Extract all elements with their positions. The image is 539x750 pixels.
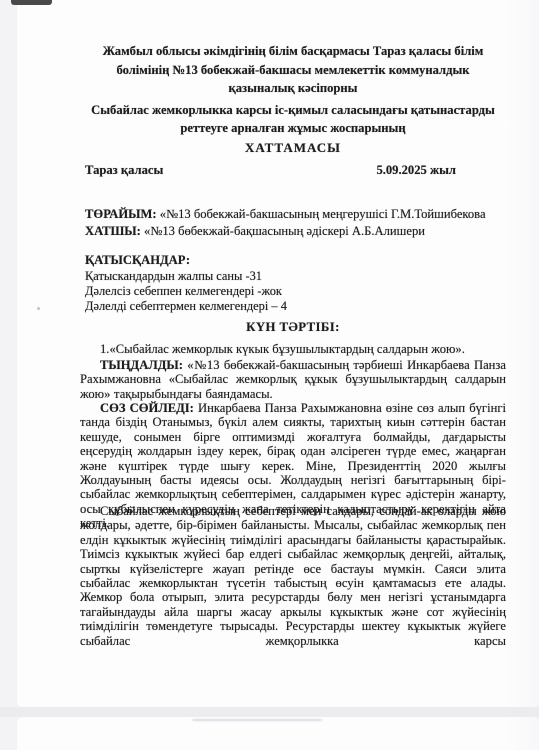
doc-subject: Сыбайлас жемкорлыкка карсы іс-қимыл сала…: [80, 102, 506, 137]
top-toolbar-fragment: [11, 0, 52, 5]
scan-artifact-dot: [37, 307, 40, 310]
document-page-1: Жамбыл облысы әкімдігінің білім басқарма…: [17, 0, 539, 707]
doc-subject-line: Сыбайлас жемкорлыкка карсы іс-қимыл сала…: [80, 102, 506, 120]
agenda-heading: КҮН ТӘРТІБІ:: [80, 320, 506, 335]
place-label: Тараз қаласы: [85, 163, 163, 178]
secretary-name: «№13 бөбекжай-бақшасының әдіскері А.Б.Ал…: [144, 224, 425, 238]
attendees-list: Қатыскандардын жалпы саны -31 Дәлелсіз с…: [85, 269, 511, 314]
org-header-line: қазыналық кәсіпорны: [80, 79, 506, 98]
document-page-2: [17, 717, 539, 750]
org-header: Жамбыл облысы әкімдігінің білім басқарма…: [80, 42, 506, 98]
heard-paragraph: ТЫҢДАЛДЫ: «№13 бөбекжай-бакшасының тәрби…: [80, 358, 506, 401]
scan-artifact-smudge: [192, 719, 322, 721]
agenda-item: 1.«Сыбайлас жемкорлык күкык бұзушылыктар…: [80, 342, 506, 357]
page-gap: [0, 707, 539, 717]
heard-label: ТЫҢДАЛДЫ:: [100, 358, 183, 372]
chair-label: ТӨРАЙЫМ:: [85, 207, 157, 221]
speech-label: СӨЗ СӨЙЛЕДІ:: [100, 401, 194, 415]
org-header-line: болімінің №13 бобекжай-бакшасы мемлекетт…: [80, 61, 506, 80]
body-paragraph: Сыбайлас жемкорлықтың себептері мен салд…: [80, 504, 506, 648]
secretary-row: ХАТШЫ: «№13 бөбекжай-бақшасының әдіскері…: [85, 223, 506, 240]
secretary-label: ХАТШЫ:: [85, 224, 141, 238]
attendees-line: Дәлелді себептермен келмегендері – 4: [85, 299, 511, 314]
chair-name: «№13 бобекжай-бакшасының меңгерушісі Г.М…: [160, 207, 486, 221]
place-date-row: Тараз қаласы 5.09.2025 жыл: [80, 163, 506, 178]
app-background: { "ui": { "colors": { "canvas": "#f3f3f5…: [0, 0, 539, 750]
chair-row: ТӨРАЙЫМ: «№13 бобекжай-бакшасының меңгер…: [85, 206, 506, 223]
attendees-line: Қатыскандардын жалпы саны -31: [85, 269, 511, 284]
protocol-title: ХАТТАМАСЫ: [80, 140, 506, 156]
attendees-heading: ҚАТЫСҚАНДАР:: [85, 253, 511, 268]
doc-subject-line: реттеуге арналған жұмыс жоспарының: [80, 120, 506, 138]
attendees-line: Дәлелсіз себеппен келмегендері -жок: [85, 284, 511, 299]
date-label: 5.09.2025 жыл: [376, 163, 456, 178]
officials-block: ТӨРАЙЫМ: «№13 бобекжай-бакшасының меңгер…: [85, 206, 506, 240]
org-header-line: Жамбыл облысы әкімдігінің білім басқарма…: [80, 42, 506, 61]
